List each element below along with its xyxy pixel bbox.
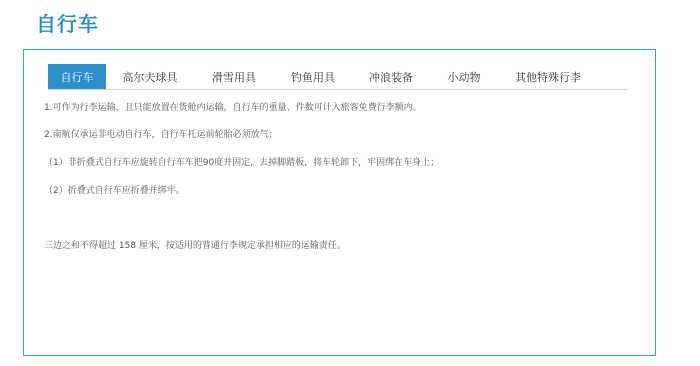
paragraph-1: 1.可作为行李运输，且只能放置在货舱内运输，自行车的重量、件数可计入旅客免费行李… — [44, 100, 422, 113]
tab-small-animals[interactable]: 小动物 — [430, 64, 498, 89]
content-panel: 自行车 高尔夫球具 滑雪用具 钓鱼用具 冲浪装备 小动物 其他特殊行李 1.可作… — [23, 49, 656, 356]
tab-bar: 自行车 高尔夫球具 滑雪用具 钓鱼用具 冲浪装备 小动物 其他特殊行李 — [48, 64, 628, 90]
tab-other-special[interactable]: 其他特殊行李 — [498, 64, 598, 89]
tab-bicycle[interactable]: 自行车 — [48, 64, 106, 89]
tab-ski[interactable]: 滑雪用具 — [194, 64, 274, 89]
tab-golf[interactable]: 高尔夫球具 — [106, 64, 194, 89]
paragraph-3: 三边之和不得超过 158 厘米，按适用的普通行李规定承担相应的运输责任。 — [44, 238, 346, 251]
paragraph-2-2: （2）折叠式自行车应折叠并绑牢。 — [44, 183, 185, 196]
paragraph-2-1: （1）非折叠式自行车应旋转自行车车把90度并固定，去掉脚踏板，将车轮卸下，牢固绑… — [44, 155, 439, 168]
tab-fishing[interactable]: 钓鱼用具 — [274, 64, 352, 89]
tab-surf[interactable]: 冲浪装备 — [352, 64, 430, 89]
paragraph-2: 2.南航仅承运非电动自行车，自行车托运前轮胎必须放气； — [44, 127, 278, 140]
page-title: 自行车 — [36, 8, 99, 37]
